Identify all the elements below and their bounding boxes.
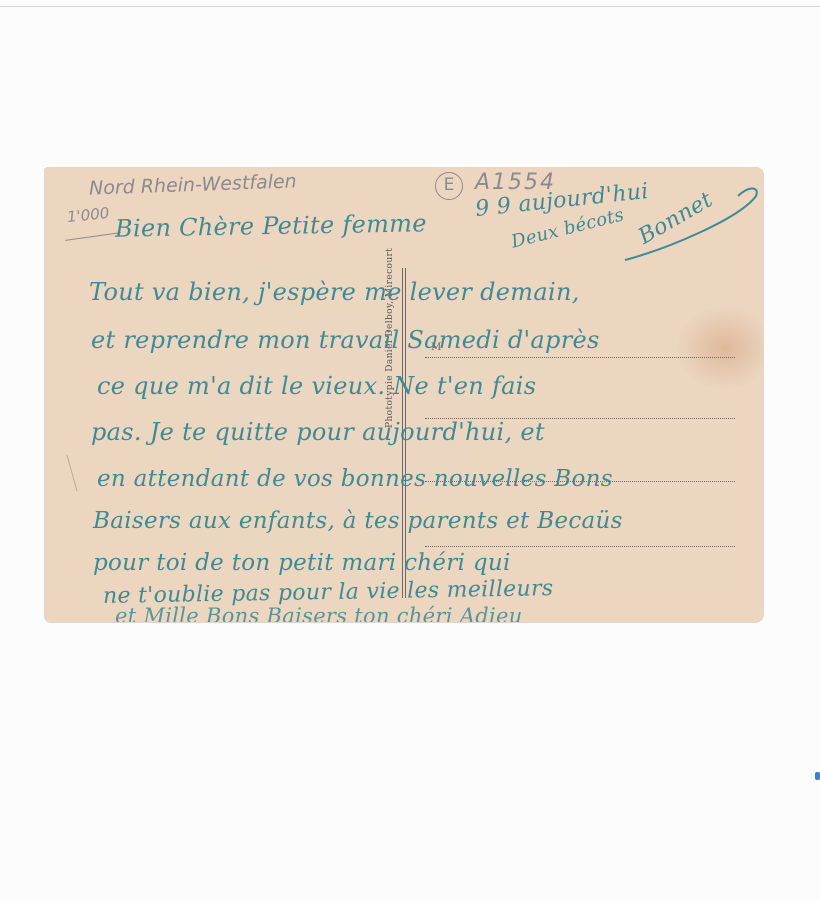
pencil-underline (65, 232, 121, 241)
message-line-6: Baisers aux enfants, à tes parents et Be… (93, 508, 623, 534)
paper-scratch-mark (65, 453, 79, 493)
message-line-3: ce que m'a dit le vieux. Ne t'en fais (97, 372, 536, 400)
scan-edge-line (0, 6, 820, 7)
address-line-1 (425, 357, 735, 358)
message-line-5: en attendant de vos bonnes nouvelles Bon… (97, 466, 613, 492)
postcard-back: Nord Rhein-Westfalen 1'000 E A1554 9 9 a… (45, 168, 763, 622)
pencil-region-note: Nord Rhein-Westfalen (89, 170, 297, 199)
message-line-9: et Mille Bons Baisers ton chéri Adieu (115, 604, 523, 622)
salutation: Bien Chère Petite femme (115, 209, 427, 242)
scan-artifact (815, 772, 820, 780)
pencil-price-note: 1'000 (66, 204, 110, 226)
message-line-7: pour toi de ton petit mari chéri qui (93, 550, 511, 576)
message-line-4: pas. Je te quitte pour aujourd'hui, et (91, 418, 545, 446)
message-line-2: et reprendre mon travail Samedi d'après (91, 326, 600, 354)
signature-flourish-icon (620, 178, 760, 268)
message-line-1: Tout va bien, j'espère me lever demain, (89, 278, 580, 306)
address-line-4 (425, 546, 735, 547)
pencil-reference-circle: E (435, 172, 463, 200)
